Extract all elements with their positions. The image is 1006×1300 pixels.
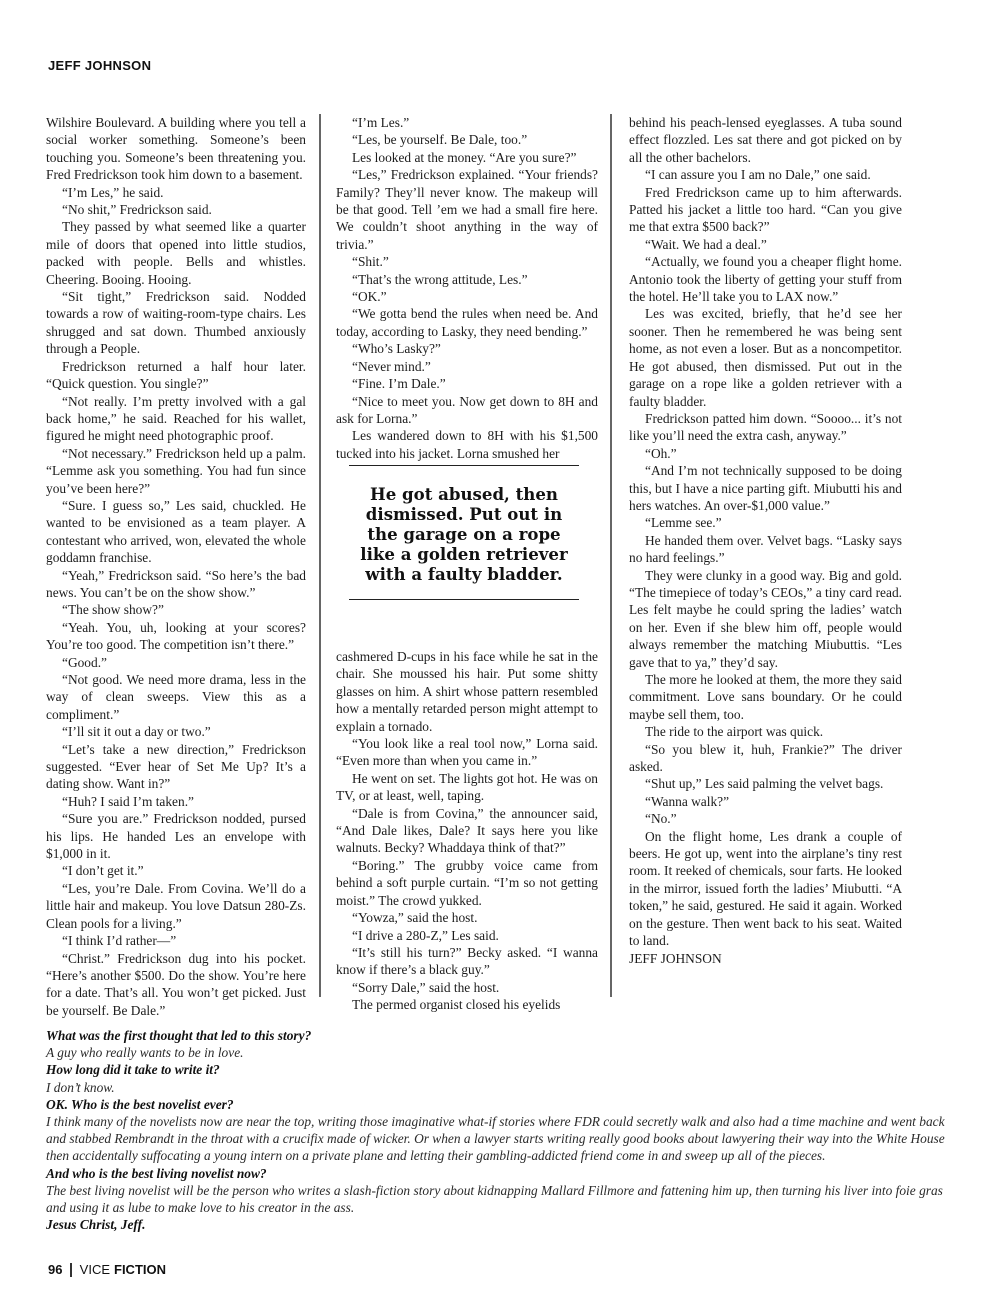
column-1: Wilshire Boulevard. A building where you… [46,114,306,1019]
paragraph: “No.” [629,810,902,827]
paragraph: “Actually, we found you a cheaper flight… [629,253,902,305]
column-rule [319,114,321,997]
paragraph: “Sure. I guess so,” Les said, chuckled. … [46,497,306,567]
paragraph: “Fine. I’m Dale.” [336,375,598,392]
paragraph: “I think I’d rather—” [46,932,306,949]
author-qa: What was the first thought that led to t… [46,1027,966,1233]
paragraph: He went on set. The lights got hot. He w… [336,770,598,805]
qa-question: OK. Who is the best novelist ever? [46,1096,966,1113]
paragraph: Fred Fredrickson came up to him afterwar… [629,184,902,236]
story-columns: Wilshire Boulevard. A building where you… [46,114,966,1004]
section-name: FICTION [114,1262,166,1277]
paragraph: “Not really. I’m pretty involved with a … [46,393,306,445]
paragraph: “Not good. We need more drama, less in t… [46,671,306,723]
paragraph: The ride to the airport was quick. [629,723,902,740]
qa-question: How long did it take to write it? [46,1061,966,1078]
paragraph: “Les, be yourself. Be Dale, too.” [336,131,598,148]
paragraph: “I’ll sit it out a day or two.” [46,723,306,740]
paragraph: “The show show?” [46,601,306,618]
page-number: 96 [48,1262,62,1277]
paragraph: “Boring.” The grubby voice came from beh… [336,857,598,909]
paragraph: “Les, you’re Dale. From Covina. We’ll do… [46,880,306,932]
paragraph: Fredrickson returned a half hour later. … [46,358,306,393]
paragraph: Les wandered down to 8H with his $1,500 … [336,427,598,462]
paragraph: They were clunky in a good way. Big and … [629,567,902,671]
qa-question: And who is the best living novelist now? [46,1165,966,1182]
paragraph: “Huh? I said I’m taken.” [46,793,306,810]
paragraph: “I’m Les.” [336,114,598,131]
footer-divider [70,1263,71,1277]
paragraph: Les looked at the money. “Are you sure?” [336,149,598,166]
paragraph: “Never mind.” [336,358,598,375]
paragraph: “Not necessary.” Fredrickson held up a p… [46,445,306,497]
paragraph: “Yeah,” Fredrickson said. “So here’s the… [46,567,306,602]
qa-answer: I don’t know. [46,1079,966,1096]
paragraph: “We gotta bend the rules when need be. A… [336,305,598,340]
paragraph: “Oh.” [629,445,902,462]
paragraph: “Les,” Fredrickson explained. “Your frie… [336,166,598,253]
column-rule [610,114,612,997]
paragraph: “OK.” [336,288,598,305]
paragraph: Wilshire Boulevard. A building where you… [46,114,306,184]
paragraph: The permed organist closed his eyelids [336,996,598,1013]
column-3: behind his peach-lensed eyeglasses. A tu… [629,114,902,967]
paragraph: “Christ.” Fredrickson dug into his pocke… [46,950,306,1020]
magazine-name: VICE [80,1262,110,1277]
paragraph: cashmered D-cups in his face while he sa… [336,648,598,735]
paragraph: “Yeah. You, uh, looking at your scores? … [46,619,306,654]
paragraph: “Let’s take a new direction,” Fredrickso… [46,741,306,793]
column-2: “I’m Les.” “Les, be yourself. Be Dale, t… [336,114,598,462]
pull-quote: He got abused, then dismissed. Put out i… [349,465,579,600]
paragraph: “Nice to meet you. Now get down to 8H an… [336,393,598,428]
paragraph: “And I’m not technically supposed to be … [629,462,902,514]
paragraph: “Shut up,” Les said palming the velvet b… [629,775,902,792]
paragraph: “Yowza,” said the host. [336,909,598,926]
paragraph: “Sure you are.” Fredrickson nodded, purs… [46,810,306,862]
qa-question: What was the first thought that led to t… [46,1027,966,1044]
paragraph: “Who’s Lasky?” [336,340,598,357]
qa-answer: The best living novelist will be the per… [46,1182,966,1216]
paragraph: On the flight home, Les drank a couple o… [629,828,902,950]
paragraph: “I can assure you I am no Dale,” one sai… [629,166,902,183]
paragraph: “So you blew it, huh, Frankie?” The driv… [629,741,902,776]
paragraph: The more he looked at them, the more the… [629,671,902,723]
paragraph: “Shit.” [336,253,598,270]
paragraph: “Wanna walk?” [629,793,902,810]
paragraph: “You look like a real tool now,” Lorna s… [336,735,598,770]
paragraph: “I drive a 280-Z,” Les said. [336,927,598,944]
paragraph: “It’s still his turn?” Becky asked. “I w… [336,944,598,979]
paragraph: “Good.” [46,654,306,671]
paragraph: “That’s the wrong attitude, Les.” [336,271,598,288]
paragraph: “I don’t get it.” [46,862,306,879]
paragraph: “Dale is from Covina,” the announcer sai… [336,805,598,857]
page-footer: 96 VICE FICTION [48,1262,166,1277]
running-head-author: JEFF JOHNSON [48,58,151,73]
qa-signoff: Jesus Christ, Jeff. [46,1216,966,1233]
paragraph: “Lemme see.” [629,514,902,531]
paragraph: They passed by what seemed like a quarte… [46,218,306,288]
paragraph: behind his peach-lensed eyeglasses. A tu… [629,114,902,166]
paragraph: He handed them over. Velvet bags. “Lasky… [629,532,902,567]
paragraph: Les was excited, briefly, that he’d see … [629,305,902,409]
qa-answer: A guy who really wants to be in love. [46,1044,966,1061]
paragraph: “Sorry Dale,” said the host. [336,979,598,996]
paragraph: “I’m Les,” he said. [46,184,306,201]
column-2-continued: cashmered D-cups in his face while he sa… [336,648,598,1014]
byline: JEFF JOHNSON [629,950,902,967]
qa-answer: I think many of the novelists now are ne… [46,1113,966,1165]
paragraph: “Sit tight,” Fredrickson said. Nodded to… [46,288,306,358]
paragraph: “Wait. We had a deal.” [629,236,902,253]
paragraph: Fredrickson patted him down. “Soooo... i… [629,410,902,445]
paragraph: “No shit,” Fredrickson said. [46,201,306,218]
